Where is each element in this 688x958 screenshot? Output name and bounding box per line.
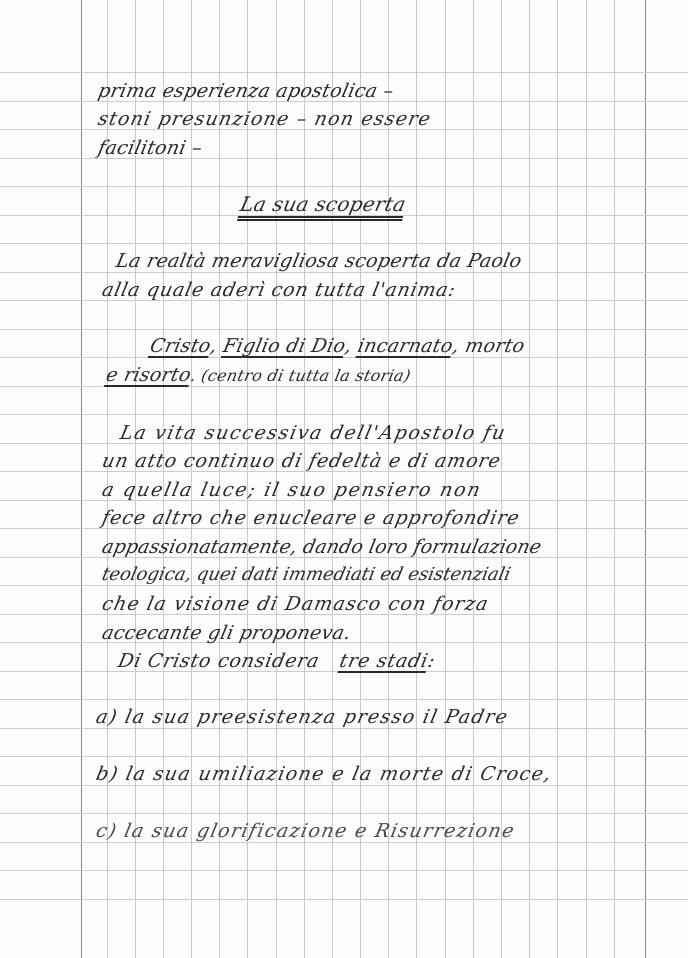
grid-horizontal-line — [0, 386, 688, 387]
grid-horizontal-line — [0, 699, 688, 700]
grid-vertical-line — [81, 0, 82, 958]
list-item-c: c) la sua glorificazione e Risurrezione — [94, 820, 517, 842]
text-line: fece altro che enucleare e approfondire — [100, 507, 522, 529]
grid-vertical-line — [645, 0, 646, 958]
grid-horizontal-line — [0, 870, 688, 871]
grid-vertical-line — [586, 0, 587, 958]
text-line: Di Cristo considera tre stadi: — [116, 650, 438, 672]
text-line: La vita successiva dell'Apostolo fu — [118, 422, 508, 444]
text-line: accecante gli proponeva. — [100, 622, 353, 644]
text-line: prima esperienza apostolica – — [96, 80, 396, 102]
text-line: a quella luce; il suo pensiero non — [100, 479, 484, 501]
grid-horizontal-line — [0, 585, 688, 586]
grid-vertical-line — [557, 0, 558, 958]
grid-horizontal-line — [0, 756, 688, 757]
text-fragment: Di Cristo considera — [116, 650, 329, 672]
text-fragment: . (centro di tutta la storia) — [189, 366, 413, 385]
text-line: stoni presunzione – non essere — [96, 108, 433, 130]
text-line: alla quale aderì con tutta l'anima: — [100, 279, 458, 301]
grid-horizontal-line — [0, 785, 688, 786]
grid-vertical-line — [614, 0, 615, 958]
text-line: che la visione di Damasco con forza — [100, 593, 491, 615]
underlined-term: Cristo — [148, 335, 213, 357]
grid-horizontal-line — [0, 728, 688, 729]
text-fragment: , morto — [450, 335, 526, 357]
grid-horizontal-line — [0, 414, 688, 415]
text-line: teologica, quei dati immediati ed esiste… — [100, 564, 513, 585]
text-line: appassionatamente, dando loro formulazio… — [100, 536, 544, 558]
underlined-term: tre stadi — [338, 650, 431, 672]
notebook-page: prima esperienza apostolica – stoni pres… — [0, 0, 688, 958]
text-line: facilitoni – — [96, 137, 204, 159]
grid-vertical-line — [501, 0, 502, 958]
grid-horizontal-line — [0, 72, 688, 73]
list-item-a: a) la sua preesistenza presso il Padre — [94, 706, 511, 728]
grid-vertical-line — [529, 0, 530, 958]
text-line: un atto continuo di fedeltà e di amore — [100, 450, 503, 472]
text-line: Cristo, Figlio di Dio, incarnato, morto — [148, 335, 527, 357]
grid-horizontal-line — [0, 272, 688, 273]
underlined-term: Figlio di Dio — [221, 335, 348, 357]
grid-horizontal-line — [0, 329, 688, 330]
grid-horizontal-line — [0, 899, 688, 900]
text-line: e risorto. (centro di tutta la storia) — [104, 364, 413, 386]
grid-horizontal-line — [0, 186, 688, 187]
text-line: La realtà meravigliosa scoperta da Paolo — [114, 250, 524, 272]
section-title: La sua scoperta — [238, 192, 408, 216]
list-item-b: b) la sua umiliazione e la morte di Croc… — [94, 763, 554, 785]
underlined-term: e risorto — [104, 364, 193, 386]
underlined-term: incarnato — [356, 335, 455, 357]
grid-horizontal-line — [0, 357, 688, 358]
grid-horizontal-line — [0, 842, 688, 843]
grid-horizontal-line — [0, 243, 688, 244]
grid-horizontal-line — [0, 813, 688, 814]
